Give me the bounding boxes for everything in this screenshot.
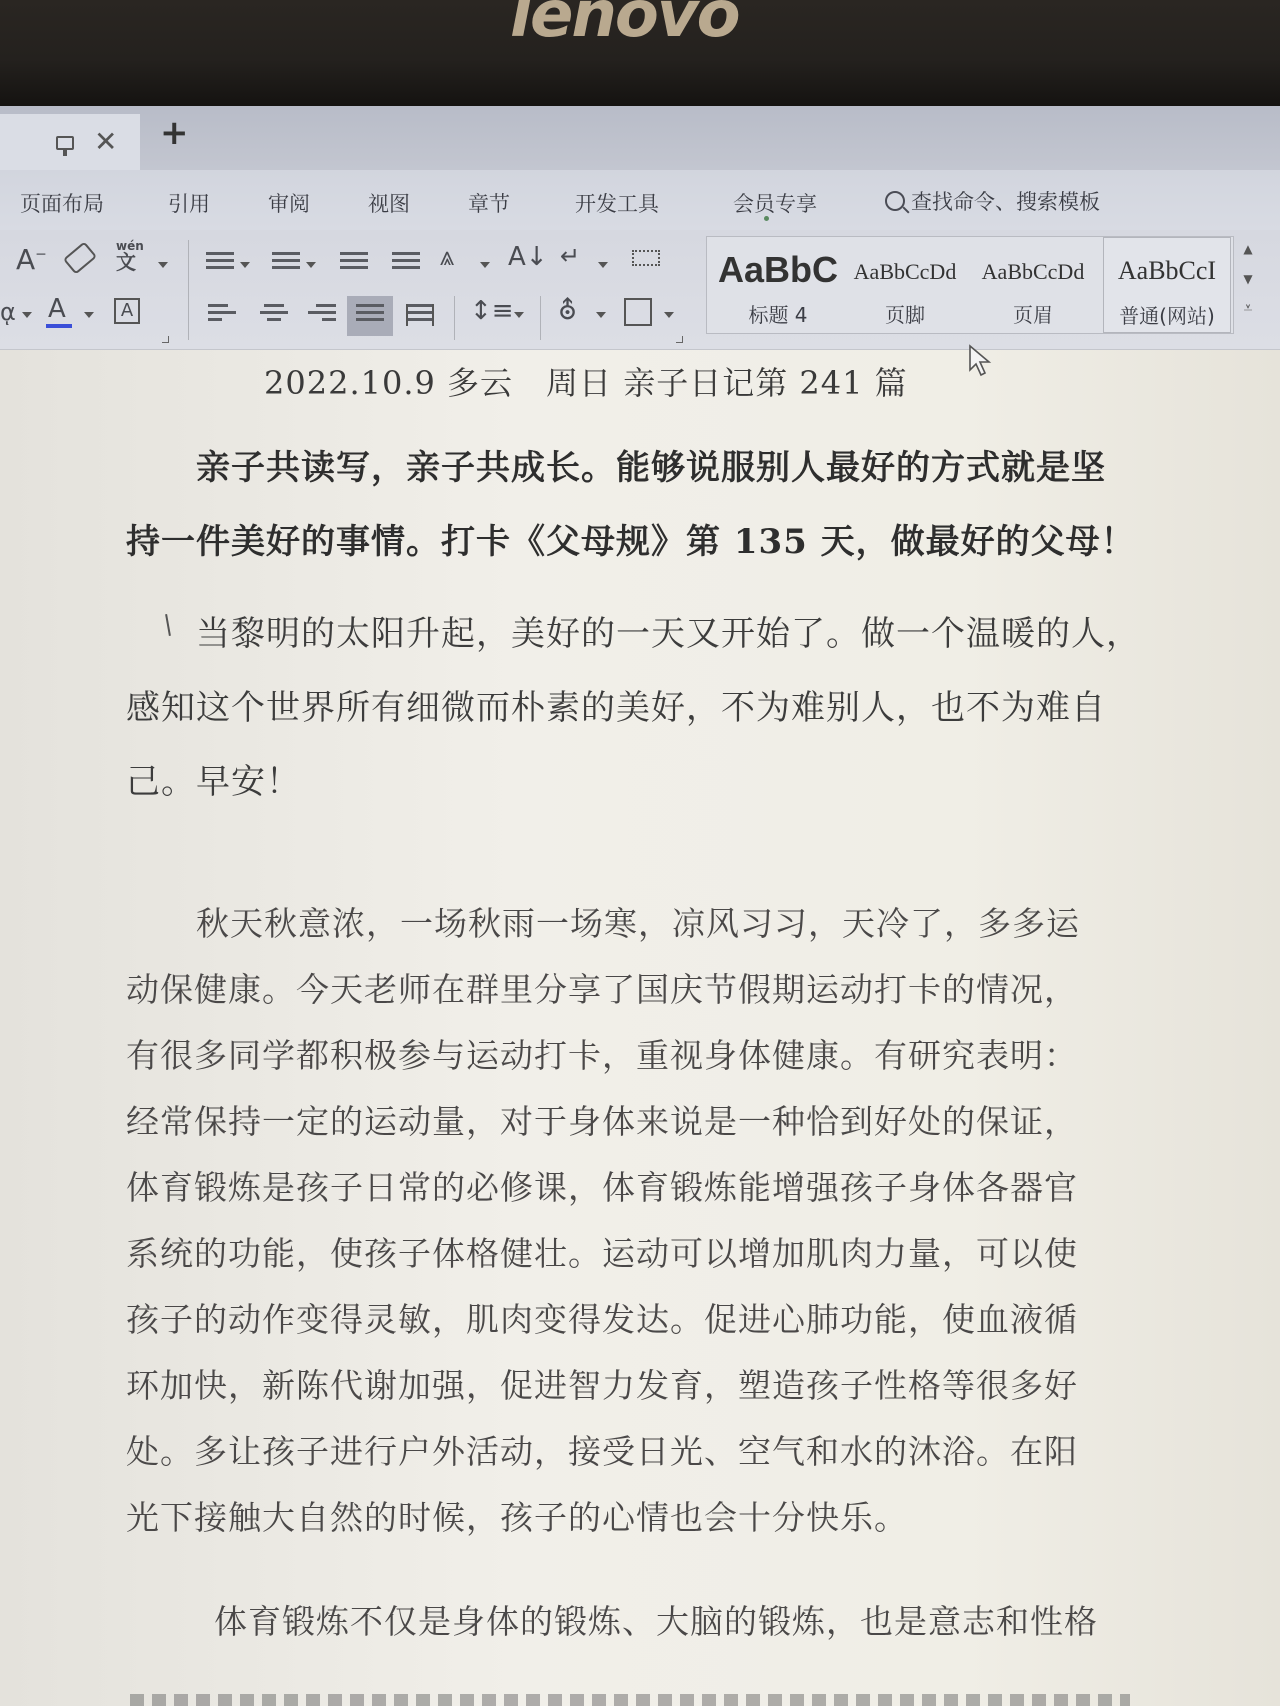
style-name: 页眉	[971, 299, 1095, 328]
style-name: 标题 4	[713, 299, 843, 328]
borders-icon[interactable]	[624, 298, 652, 326]
chevron-down-icon[interactable]	[480, 262, 490, 268]
style-normal-web[interactable]: AaBbCcI 普通(网站)	[1103, 237, 1231, 333]
text-line: 己。早安！	[126, 754, 301, 803]
screen: ✕ + 页面布局 引用 审阅 视图 章节 开发工具 会员专享 查找命令、搜索模板…	[0, 106, 1280, 1706]
char-border-icon[interactable]: A	[114, 298, 140, 324]
text-line: 环加快，新陈代谢加强，促进智力发育，塑造孩子性格等很多好	[126, 1360, 1078, 1407]
sort-icon[interactable]: A↓	[508, 244, 548, 270]
font-color-swatch	[46, 324, 72, 328]
group-divider	[188, 240, 189, 340]
search-placeholder: 查找命令、搜索模板	[911, 186, 1100, 216]
text-line: 体育锻炼是孩子日常的必修课，体育锻炼能增强孩子身体各器官	[126, 1162, 1078, 1209]
clipped-text-line	[130, 1694, 1130, 1706]
style-name: 页脚	[843, 299, 967, 328]
chevron-down-icon[interactable]	[22, 312, 32, 318]
text-line: 光下接触大自然的时候，孩子的心情也会十分快乐。	[126, 1492, 908, 1539]
menu-references[interactable]: 引用	[168, 188, 210, 218]
chevron-down-icon[interactable]	[596, 312, 606, 318]
style-footer[interactable]: AaBbCcDd 页脚	[843, 237, 967, 333]
style-header[interactable]: AaBbCcDd 页眉	[971, 237, 1095, 333]
shading-icon[interactable]: ⛢	[558, 298, 577, 324]
text-line: 有很多同学都积极参与运动打卡，重视身体健康。有研究表明：	[126, 1030, 1078, 1077]
monitor-icon	[56, 136, 74, 150]
group-divider	[454, 296, 455, 340]
menu-member-exclusive[interactable]: 会员专享	[733, 188, 817, 218]
text-line: 体育锻炼不仅是身体的锻炼、大脑的锻炼，也是意志和性格	[214, 1596, 1098, 1643]
align-left-icon[interactable]	[208, 304, 236, 326]
distributed-icon[interactable]	[406, 304, 434, 326]
text-line: 持一件美好的事情。打卡《父母规》第 135 天，做最好的父母！	[126, 514, 1136, 563]
menu-view[interactable]: 视图	[368, 188, 410, 218]
chevron-down-icon[interactable]	[664, 312, 674, 318]
gallery-scroll: ▲ ▼ ⩡	[1238, 236, 1258, 334]
pinyin-guide-icon[interactable]: wén文	[116, 240, 144, 272]
chevron-down-icon[interactable]	[240, 262, 250, 268]
text-line: 经常保持一定的运动量，对于身体来说是一种恰到好处的保证，	[126, 1096, 1078, 1143]
dialog-launcher-icon[interactable]	[162, 336, 169, 343]
laptop-bezel: lenovo	[0, 0, 1280, 108]
menu-bar: 页面布局 引用 审阅 视图 章节 开发工具 会员专享 查找命令、搜索模板	[0, 170, 1280, 230]
text-line: 系统的功能，使孩子体格健壮。运动可以增加肌肉力量，可以使	[126, 1228, 1078, 1275]
notification-dot	[764, 216, 769, 221]
style-sample: AaBbC	[713, 249, 843, 291]
chevron-down-icon[interactable]	[84, 312, 94, 318]
menu-review[interactable]: 审阅	[268, 188, 310, 218]
document-page[interactable]: 2022.10.9 多云 周日 亲子日记第 241 篇 亲子共读写，亲子共成长。…	[0, 350, 1280, 1706]
scroll-up-icon[interactable]: ▲	[1238, 242, 1258, 256]
text-line: 动保健康。今天老师在群里分享了国庆节假期运动打卡的情况，	[126, 964, 1078, 1011]
tab-bar: ✕ +	[0, 106, 1280, 170]
decrease-font-icon[interactable]: A−	[16, 246, 47, 274]
chevron-down-icon[interactable]	[306, 262, 316, 268]
font-color-icon[interactable]: A	[48, 296, 66, 322]
text-line: 感知这个世界所有细微而朴素的美好，不为难别人，也不为难自	[126, 680, 1106, 729]
style-sample: AaBbCcDd	[843, 259, 967, 285]
scroll-down-icon[interactable]: ▼	[1238, 272, 1258, 286]
justify-icon[interactable]	[356, 304, 384, 326]
close-tab-button[interactable]: ✕	[94, 128, 117, 156]
show-hide-marks-icon[interactable]: ↵	[560, 244, 580, 268]
text-line: 孩子的动作变得灵敏，肌肉变得发达。促进心肺功能，使血液循	[126, 1294, 1078, 1341]
menu-developer-tools[interactable]: 开发工具	[575, 188, 659, 218]
text-line: 秋天秋意浓，一场秋雨一场寒，凉风习习，天冷了，多多运	[196, 898, 1080, 945]
chevron-down-icon[interactable]	[598, 262, 608, 268]
table-ruler-icon[interactable]	[632, 250, 660, 266]
document-tab[interactable]: ✕	[0, 114, 140, 170]
screen-scratch	[165, 614, 171, 636]
styles-gallery: AaBbC 标题 4 AaBbCcDd 页脚 AaBbCcDd 页眉 AaBbC…	[706, 236, 1234, 334]
document-title: 2022.10.9 多云 周日 亲子日记第 241 篇	[264, 358, 908, 404]
text-line: 当黎明的太阳升起，美好的一天又开始了。做一个温暖的人，	[196, 606, 1141, 655]
new-tab-button[interactable]: +	[160, 116, 189, 150]
group-divider	[540, 296, 541, 340]
decrease-indent-icon[interactable]	[340, 252, 368, 274]
chevron-down-icon[interactable]	[158, 262, 168, 268]
chevron-down-icon[interactable]	[514, 312, 524, 318]
menu-section[interactable]: 章节	[468, 188, 510, 218]
style-sample: AaBbCcI	[1104, 256, 1230, 286]
highlight-icon[interactable]: ᾳ	[0, 300, 16, 324]
style-heading-4[interactable]: AaBbC 标题 4	[713, 237, 843, 333]
style-name: 普通(网站)	[1104, 300, 1230, 329]
search-icon	[885, 191, 905, 211]
numbered-list-icon[interactable]	[272, 252, 300, 274]
command-search[interactable]: 查找命令、搜索模板	[885, 186, 1100, 216]
menu-page-layout[interactable]: 页面布局	[20, 188, 104, 218]
style-sample: AaBbCcDd	[971, 259, 1095, 285]
bullet-list-icon[interactable]	[206, 252, 234, 274]
text-line: 处。多让孩子进行户外活动，接受日光、空气和水的沐浴。在阳	[126, 1426, 1078, 1473]
increase-indent-icon[interactable]	[392, 252, 420, 274]
line-spacing-icon[interactable]: ↕≡	[470, 298, 514, 324]
text-line: 亲子共读写，亲子共成长。能够说服别人最好的方式就是坚	[196, 440, 1106, 489]
clear-format-icon[interactable]	[63, 241, 97, 274]
brand-logo: lenovo	[510, 0, 739, 52]
align-right-icon[interactable]	[308, 304, 336, 326]
align-center-icon[interactable]	[260, 304, 288, 326]
chinese-layout-icon[interactable]: ⩓	[440, 244, 455, 270]
dialog-launcher-icon[interactable]	[676, 336, 683, 343]
expand-gallery-icon[interactable]: ⩡	[1238, 298, 1258, 318]
